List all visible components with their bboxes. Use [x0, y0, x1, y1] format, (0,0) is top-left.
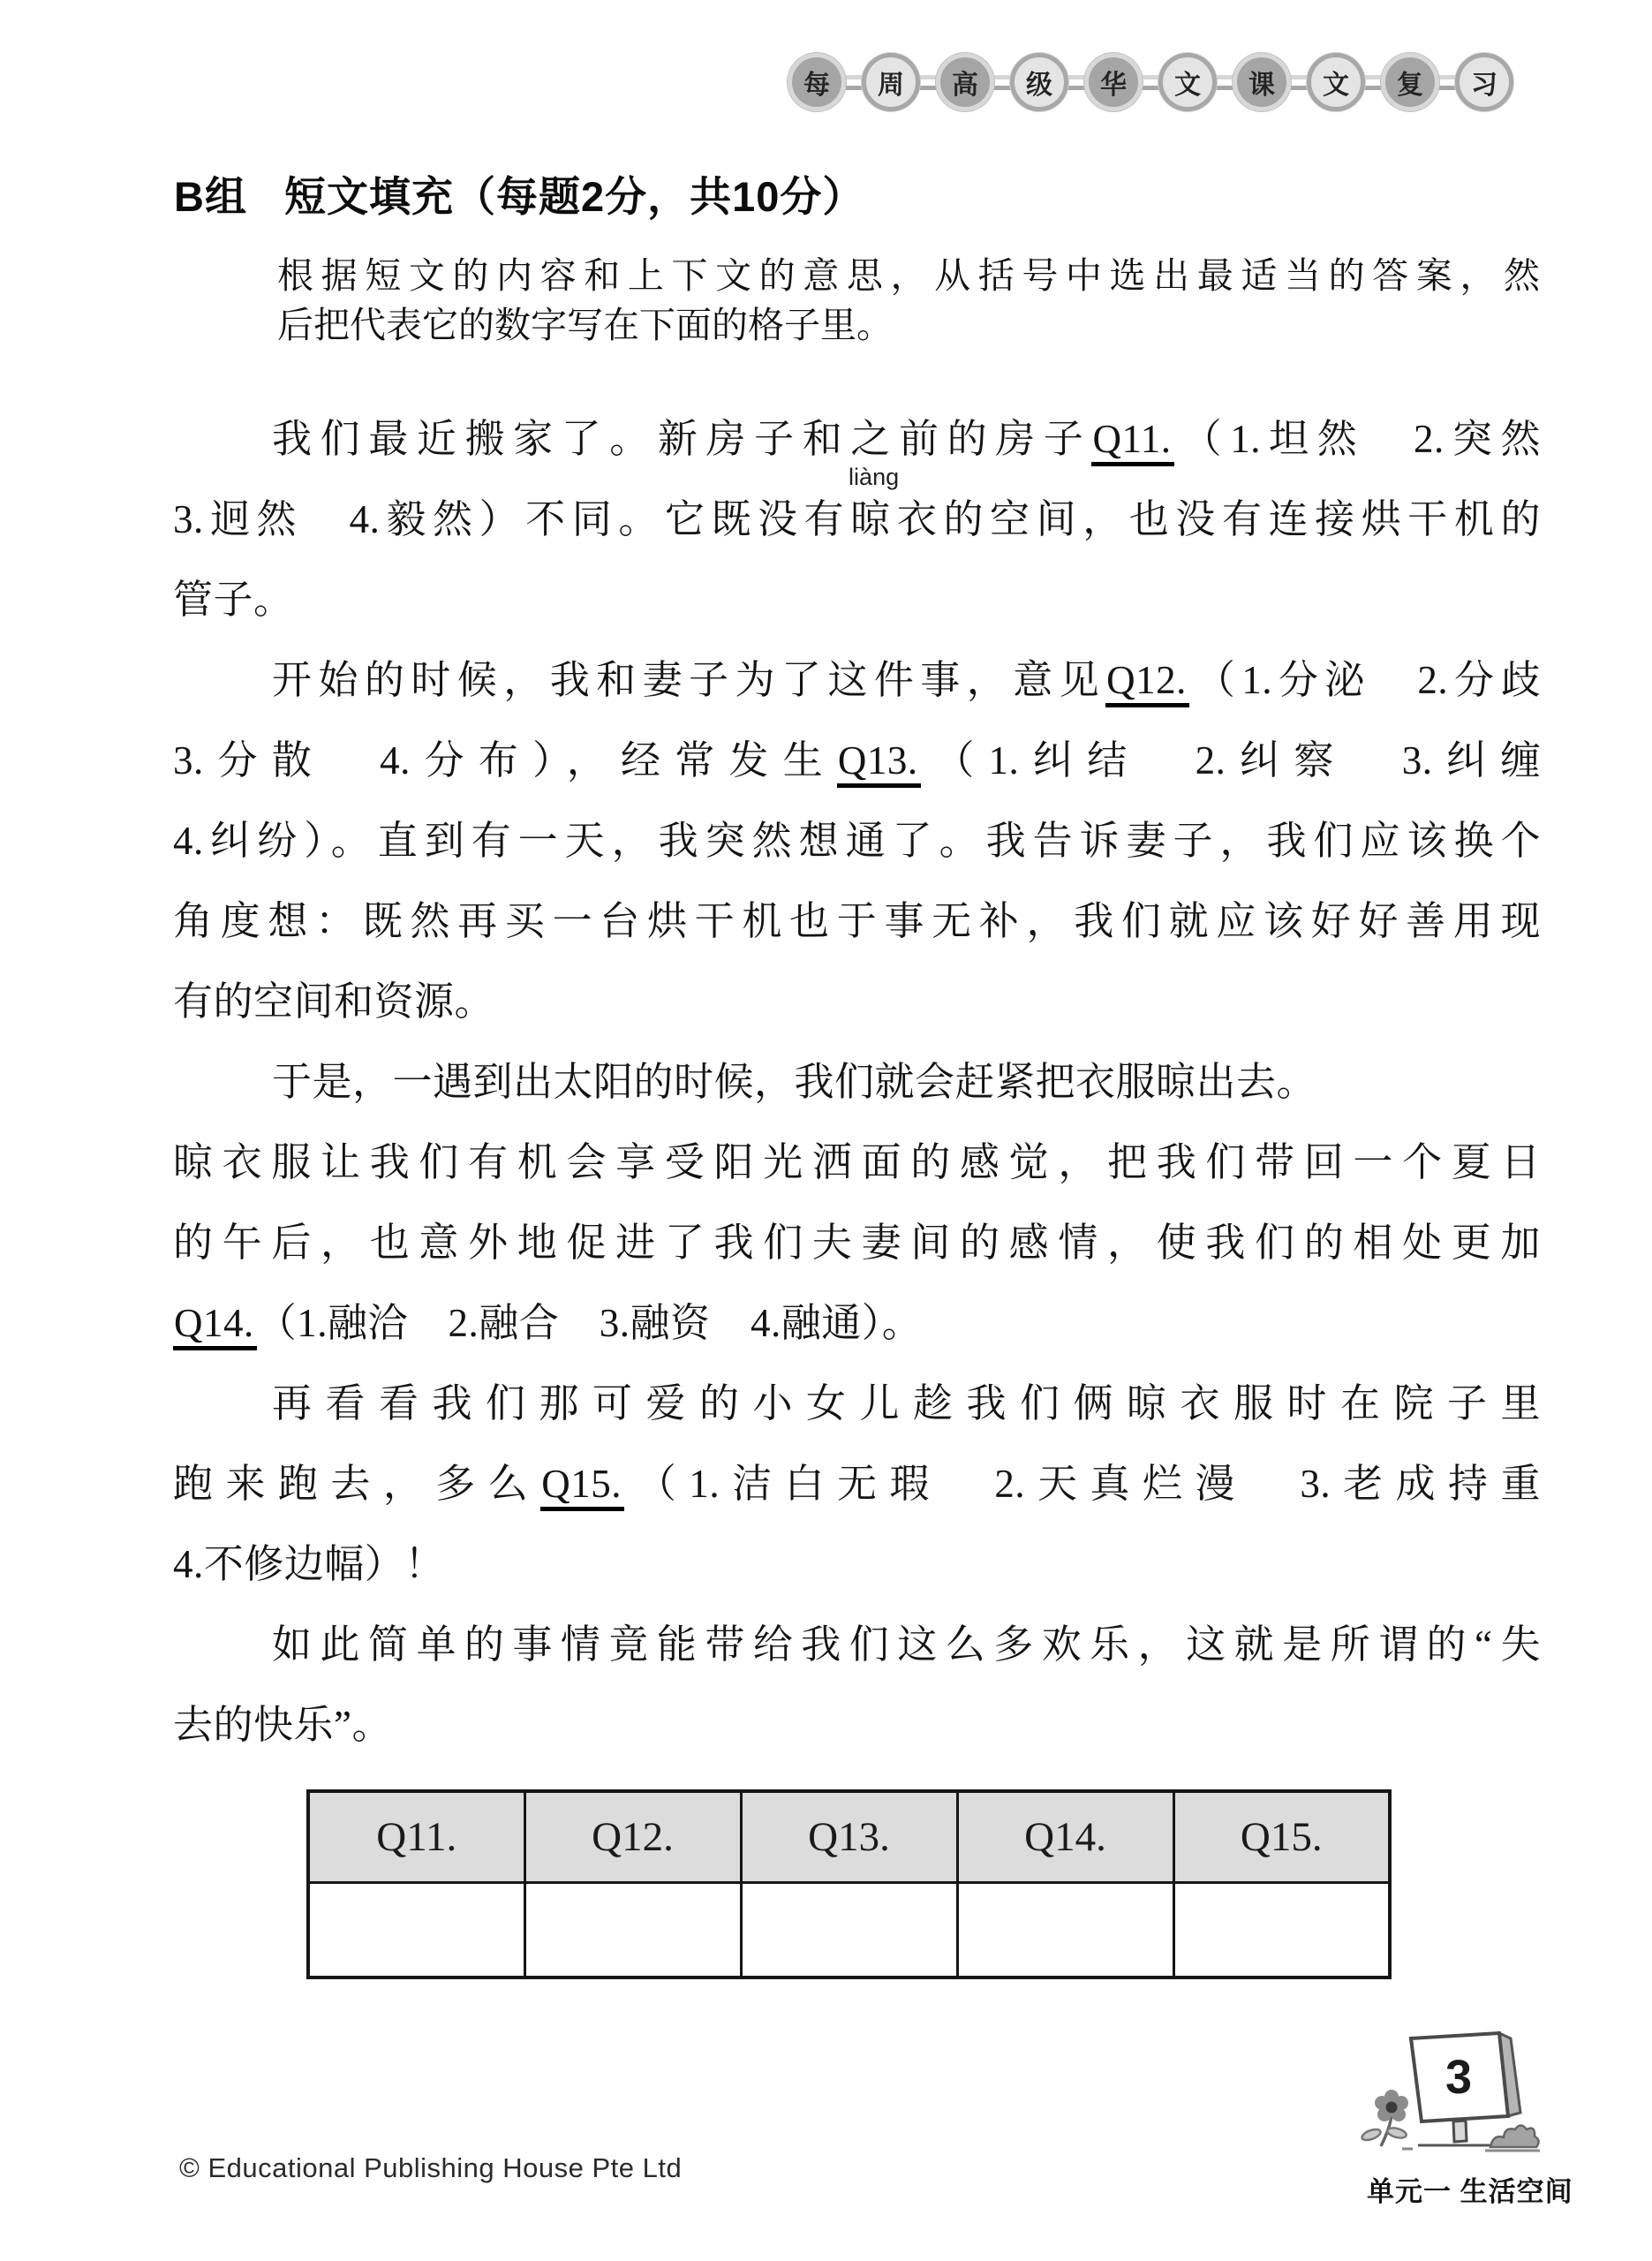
answer-col-header: Q15. [1173, 1791, 1390, 1883]
header-chain-char: 文 [1158, 53, 1217, 111]
answer-cell [957, 1883, 1173, 1978]
passage-line: 去的快乐”。 [173, 1685, 1541, 1766]
passage-text-segment: 衣的空间，也没有连接烘干机的 [897, 497, 1541, 541]
passage-text-segment: 如此简单的事情竟能带给我们这么多欢乐，这就是所谓的“失 [272, 1622, 1541, 1667]
passage-text-segment: 跑来跑去，多么 [173, 1462, 540, 1506]
passage-text-segment: 于是，一遇到出太阳的时候，我们就会赶紧把衣服晾出去。 [272, 1060, 1316, 1104]
passage-text-segment: （1.洁白无瑕 2.天真烂漫 3.老成持重 [624, 1462, 1541, 1506]
answer-cell [524, 1883, 741, 1978]
answer-col-header: Q11. [308, 1791, 524, 1883]
unit-label: 单元一 生活空间 [1367, 2169, 1573, 2209]
header-chain-char: 华 [1084, 53, 1143, 111]
passage-line: 跑来跑去，多么Q15.（1.洁白无瑕 2.天真烂漫 3.老成持重 [173, 1444, 1541, 1524]
answer-col-header: Q14. [957, 1791, 1173, 1883]
passage-text-segment: 开始的时候，我和妻子为了这件事，意见 [272, 658, 1105, 702]
question-blank-ref: Q15. [540, 1462, 624, 1511]
instructions-line: 后把代表它的数字写在下面的格子里。 [277, 300, 1540, 350]
question-blank-ref: Q13. [837, 738, 921, 788]
passage-line: 再看看我们那可爱的小女儿趁我们俩晾衣服时在院子里 [173, 1364, 1541, 1444]
passage-text-segment: （1.融洽 2.融合 3.融资 4.融通）。 [257, 1301, 923, 1345]
section-group-label: B组 [174, 173, 247, 220]
passage-line: Q14.（1.融洽 2.融合 3.融资 4.融通）。 [173, 1283, 1541, 1364]
passage-text-segment: 3.分散 4.分布），经常发生 [173, 738, 837, 783]
passage-text-segment: 再看看我们那可爱的小女儿趁我们俩晾衣服时在院子里 [272, 1381, 1541, 1425]
passage-text-segment: 管子。 [173, 578, 294, 622]
passage-line: 4.纠纷）。直到有一天，我突然想通了。我告诉妻子，我们应该换个 [173, 801, 1541, 881]
header-chain-char: 高 [936, 53, 994, 111]
passage-text-segment: 4.纠纷）。直到有一天，我突然想通了。我告诉妻子，我们应该换个 [173, 819, 1541, 863]
passage: 我们最近搬家了。新房子和之前的房子Q11.（1.坦然 2.突然3.迥然 4.毅然… [173, 399, 1541, 1766]
passage-text-segment: 4.不修边幅）！ [173, 1542, 445, 1586]
passage-text-segment: 晾衣服让我们有机会享受阳光洒面的感觉，把我们带回一个夏日 [173, 1140, 1541, 1184]
instructions-line: 根据短文的内容和上下文的意思，从括号中选出最适当的答案，然 [277, 251, 1540, 300]
bush-icon [1485, 2126, 1540, 2151]
answer-cell [741, 1883, 957, 1978]
passage-line: 的午后，也意外地促进了我们夫妻间的感情，使我们的相处更加 [173, 1203, 1541, 1283]
passage-text-segment: 我们最近搬家了。新房子和之前的房子 [272, 417, 1091, 461]
passage-line: 4.不修边幅）！ [173, 1524, 1541, 1605]
header-chain-char: 级 [1010, 53, 1068, 111]
header-chain-char: 复 [1381, 53, 1439, 111]
question-blank-ref: Q12. [1105, 658, 1189, 707]
header-chain-char: 文 [1307, 53, 1365, 111]
answer-col-header: Q13. [741, 1791, 957, 1883]
answer-table: Q11. Q12. Q13. Q14. Q15. [306, 1789, 1392, 1979]
flower-icon [1361, 2090, 1408, 2146]
page-number-sign: 3 [1358, 2023, 1579, 2168]
passage-text-segment: （1.分泌 2.分歧 [1189, 658, 1541, 702]
passage-line: 有的空间和资源。 [173, 962, 1541, 1042]
answer-cell [308, 1883, 524, 1978]
copyright-text: © Educational Publishing House Pte Ltd [179, 2152, 682, 2184]
worksheet-page: 每周高级华文课文复习 B组短文填充（每题2分，共10分） 根据短文的内容和上下文… [0, 0, 1652, 2261]
section-title-text: 短文填充（每题2分，共10分） [284, 173, 864, 220]
passage-line: 管子。 [173, 560, 1541, 640]
page-number: 3 [1445, 2051, 1472, 2104]
passage-line: 开始的时候，我和妻子为了这件事，意见Q12.（1.分泌 2.分歧 [173, 640, 1541, 721]
passage-text-segment: 有的空间和资源。 [173, 979, 494, 1024]
passage-line: 如此简单的事情竟能带给我们这么多欢乐，这就是所谓的“失 [173, 1605, 1541, 1685]
section-title: B组短文填充（每题2分，共10分） [174, 164, 864, 223]
answer-col-header: Q12. [524, 1791, 741, 1883]
signboard: 3 [1402, 2033, 1520, 2149]
page-number-sign-graphic: 3 [1358, 2023, 1579, 2168]
passage-line: 角度想：既然再买一台烘干机也于事无补，我们就应该好好善用现 [173, 881, 1541, 962]
passage-text-segment: （1.坦然 2.突然 [1174, 417, 1541, 461]
passage-text-segment: 去的快乐”。 [173, 1703, 392, 1747]
passage-text-segment: 3.迥然 4.毅然）不同。它既没有 [173, 497, 850, 541]
pinyin-label: liàng [849, 465, 899, 489]
passage-text-segment: 角度想：既然再买一台烘干机也于事无补，我们就应该好好善用现 [173, 899, 1541, 943]
passage-line: 晾衣服让我们有机会享受阳光洒面的感觉，把我们带回一个夏日 [173, 1123, 1541, 1203]
header-chain-char: 习 [1455, 53, 1513, 111]
answer-cell [1173, 1883, 1390, 1978]
header-chain-char: 课 [1233, 53, 1291, 111]
question-blank-ref: Q11. [1091, 417, 1173, 466]
instructions: 根据短文的内容和上下文的意思，从括号中选出最适当的答案，然 后把代表它的数字写在… [277, 251, 1540, 350]
question-blank-ref: Q14. [173, 1301, 257, 1350]
header-chain-char: 周 [862, 53, 920, 111]
passage-text-segment: 的午后，也意外地促进了我们夫妻间的感情，使我们的相处更加 [173, 1221, 1541, 1265]
header-chain: 每周高级华文课文复习 [788, 53, 1513, 111]
pinyin-annotated-char: 晾liàng [850, 497, 897, 541]
answer-table-blank-row [308, 1883, 1390, 1978]
passage-text-segment: （1.纠结 2.纠察 3.纠缠 [921, 738, 1541, 783]
header-chain-char: 每 [788, 53, 846, 111]
passage-line: 3.分散 4.分布），经常发生Q13.（1.纠结 2.纠察 3.纠缠 [173, 721, 1541, 801]
answer-table-header-row: Q11. Q12. Q13. Q14. Q15. [308, 1791, 1390, 1883]
passage-line: 3.迥然 4.毅然）不同。它既没有晾liàng衣的空间，也没有连接烘干机的 [173, 480, 1541, 560]
passage-line: 于是，一遇到出太阳的时候，我们就会赶紧把衣服晾出去。 [173, 1042, 1541, 1123]
